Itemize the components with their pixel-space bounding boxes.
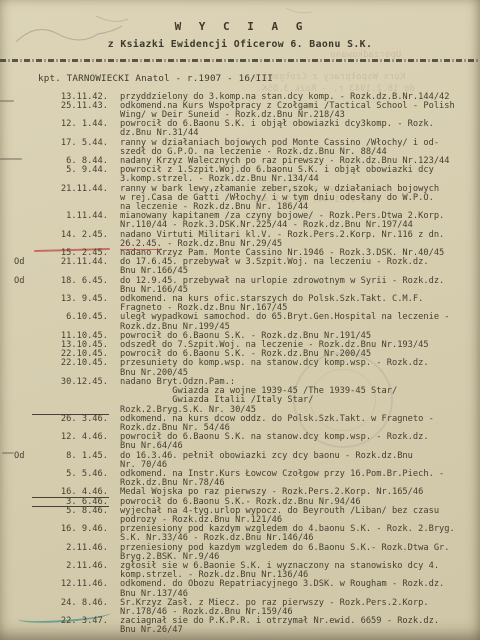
record-prefix bbox=[14, 212, 38, 230]
record-row: 30.12.45. nadano Bryt.Odzn.Pam.: Gwiazda… bbox=[0, 378, 480, 415]
record-date: 16. 9.46. bbox=[38, 525, 108, 543]
record-lines: zaciagnał sie do P.K.P.R. i otrzymał Nr.… bbox=[120, 617, 480, 635]
record-date: 12. 1.44. bbox=[38, 120, 108, 138]
record-date: 5. 8.46. bbox=[38, 507, 108, 525]
record-date: 22.10.45. bbox=[38, 359, 108, 377]
record-lines: przeniesiony pod kazdym wzgledem do 4.ba… bbox=[120, 525, 480, 543]
record-row: 5. 8.46. wyjechał na 4-tyg.urlop wypocz.… bbox=[0, 507, 480, 525]
record-date: 2.11.46. bbox=[38, 562, 108, 580]
record-row: 12.11.46. odkomend. do Obozu Repatriacyj… bbox=[0, 580, 480, 598]
record-row: 2.11.46. zgłosił sie w 6.Baonie S.K. i w… bbox=[0, 562, 480, 580]
record-prefix bbox=[14, 93, 38, 102]
record-row: 26. 3.46. odkomend. na kurs dcow oddz. d… bbox=[0, 415, 480, 433]
record-row: 16. 9.46. przeniesiony pod kazdym wzgled… bbox=[0, 525, 480, 543]
record-date: 5. 9.44. bbox=[38, 166, 108, 184]
record-row: 2.11.46. przeniesiony pod kazdym wzglede… bbox=[0, 544, 480, 562]
record-lines: wyjechał na 4-tyg.urlop wypocz. do Beyro… bbox=[120, 507, 480, 525]
record-lines: powrocił do 6.Baonu S.K. i objął obowiaz… bbox=[120, 120, 480, 138]
record-lines: powrocił do 6.Baonu S.K. na stanow.dcy k… bbox=[120, 433, 480, 451]
record-prefix: Od bbox=[14, 258, 38, 276]
record-row: 21.11.44. ranny w bark lewy,złamanie zeb… bbox=[0, 185, 480, 213]
record-prefix bbox=[14, 562, 38, 580]
record-prefix bbox=[14, 157, 38, 166]
record-lines: mianowany kapitanem /za czyny bojowe/ - … bbox=[120, 212, 480, 230]
record-prefix bbox=[14, 415, 38, 433]
record-prefix bbox=[14, 295, 38, 313]
document: W Y C I A G z Ksiazki Ewidencji Oficerow… bbox=[0, 0, 480, 640]
record-lines: do 17.6.45. przebywał w 3.Szpit.Woj. na … bbox=[120, 258, 480, 276]
record-prefix bbox=[14, 102, 38, 120]
record-row: 12. 4.46. powrocił do 6.Baonu S.K. na st… bbox=[0, 433, 480, 451]
record-lines: powrocił z 1.Szpit.Woj.do 6.baonu S.K. i… bbox=[120, 166, 480, 184]
record-row: 22. 3.47. zaciagnał sie do P.K.P.R. i ot… bbox=[0, 617, 480, 635]
dashed-separator bbox=[0, 59, 480, 62]
record-lines: odkomend.na Kurs Wspołpracy z Czołgami /… bbox=[120, 102, 480, 120]
record-row: 1.11.44. mianowany kapitanem /za czyny b… bbox=[0, 212, 480, 230]
record-prefix bbox=[14, 359, 38, 377]
record-prefix bbox=[14, 525, 38, 543]
record-date: 26. 3.46. bbox=[38, 415, 108, 433]
record-lines: nadano Bryt.Odzn.Pam.: Gwiazda za wojne … bbox=[120, 378, 480, 415]
record-date: 25.11.43. bbox=[38, 102, 108, 120]
record-prefix bbox=[14, 350, 38, 359]
record-prefix: Od bbox=[14, 277, 38, 295]
record-prefix bbox=[14, 341, 38, 350]
record-prefix bbox=[14, 139, 38, 157]
record-date: 24. 8.46. bbox=[38, 599, 108, 617]
record-prefix bbox=[14, 470, 38, 488]
record-row: 14. 2.45. nadano Virtuti Militari kl.V. … bbox=[0, 231, 480, 249]
record-row: 22.10.45. przesuniety do komp.wsp. na st… bbox=[0, 359, 480, 377]
record-lines: do 12.9.45. przebywał na urlopie zdrowot… bbox=[120, 277, 480, 295]
record-prefix bbox=[14, 166, 38, 184]
record-lines: uległ wypadkowi samochod. do 65.Bryt.Gen… bbox=[120, 313, 480, 331]
record-date: 30.12.45. bbox=[38, 378, 108, 415]
document-subtitle: z Ksiazki Ewidencji Oficerow 6. Baonu S.… bbox=[0, 39, 480, 50]
record-lines: ranny w bark lewy,złamanie zeber,szok, w… bbox=[120, 185, 480, 213]
record-date: 6.10.45. bbox=[38, 313, 108, 331]
record-lines: odkomend. na kurs ofic.starszych do Pols… bbox=[120, 295, 480, 313]
record-date: 12. 4.46. bbox=[38, 433, 108, 451]
record-prefix bbox=[14, 120, 38, 138]
record-prefix bbox=[14, 580, 38, 598]
record-line: do 16.3.46. pełnił obowiazki zcy dcy bao… bbox=[120, 452, 480, 461]
record-row: Od 18. 6.45. do 12.9.45. przebywał na ur… bbox=[0, 277, 480, 295]
record-date: 8. 1.45. bbox=[38, 452, 108, 470]
record-row: Od 8. 1.45. do 16.3.46. pełnił obowiazki… bbox=[0, 452, 480, 470]
record-prefix bbox=[14, 332, 38, 341]
record-prefix: Od bbox=[14, 452, 38, 470]
document-title: W Y C I A G bbox=[0, 20, 480, 33]
record-date: 22. 3.47. bbox=[38, 617, 108, 635]
record-lines: przesuniety do komp.wsp. na stanow.dcy k… bbox=[120, 359, 480, 377]
record-lines: do 16.3.46. pełnił obowiazki zcy dcy bao… bbox=[120, 452, 480, 470]
record-lines: odkomend. na kurs dcow oddz. do Polsk.Sz… bbox=[120, 415, 480, 433]
record-date: 2.11.46. bbox=[38, 544, 108, 562]
record-lines: Sr.Krzyz Zasł. z Miecz. po raz pierwszy … bbox=[120, 599, 480, 617]
record-row: Od 21.11.44. do 17.6.45. przebywał w 3.S… bbox=[0, 258, 480, 276]
record-row: 12. 1.44. powrocił do 6.Baonu S.K. i obj… bbox=[0, 120, 480, 138]
record-date: 13. 9.45. bbox=[38, 295, 108, 313]
record-lines: przeniesiony pod kazdym wzgledem do 6.Ba… bbox=[120, 544, 480, 562]
record-date: 14. 2.45. bbox=[38, 231, 108, 249]
record-row: 5. 9.44. powrocił z 1.Szpit.Woj.do 6.bao… bbox=[0, 166, 480, 184]
record-date: 21.11.44. bbox=[38, 258, 108, 276]
record-prefix bbox=[14, 507, 38, 525]
records-list: 13.11.42. przyddzielony do 3.komp.na sta… bbox=[0, 93, 480, 636]
record-date: 1.11.44. bbox=[38, 212, 108, 230]
record-date: 5. 5.46. bbox=[38, 470, 108, 488]
record-row: 6.10.45. uległ wypadkowi samochod. do 65… bbox=[0, 313, 480, 331]
record-row: 17. 5.44. ranny w działaniach bojowych p… bbox=[0, 139, 480, 157]
record-row: 5. 5.46. odkomend. na Instr.Kurs Łowcow … bbox=[0, 470, 480, 488]
record-date: 21.11.44. bbox=[38, 185, 108, 213]
record-date: 12.11.46. bbox=[38, 580, 108, 598]
record-prefix bbox=[14, 433, 38, 451]
record-lines: nadano Virtuti Militari kl.V. - Rozk.Per… bbox=[120, 231, 480, 249]
record-lines: odkomend. na Instr.Kurs Łowcow Czołgow p… bbox=[120, 470, 480, 488]
record-row: 25.11.43. odkomend.na Kurs Wspołpracy z … bbox=[0, 102, 480, 120]
record-line: Bnu Nr.26/47 bbox=[120, 626, 480, 635]
record-prefix bbox=[14, 185, 38, 213]
record-prefix bbox=[14, 231, 38, 249]
record-prefix bbox=[14, 313, 38, 331]
record-prefix bbox=[14, 378, 38, 415]
record-prefix bbox=[14, 544, 38, 562]
record-lines: zgłosił sie w 6.Baonie S.K. i wyznaczony… bbox=[120, 562, 480, 580]
record-row: 13. 9.45. odkomend. na kurs ofic.starszy… bbox=[0, 295, 480, 313]
record-date: 17. 5.44. bbox=[38, 139, 108, 157]
record-lines: ranny w działaniach bojowych pod Monte C… bbox=[120, 139, 480, 157]
record-date: 18. 6.45. bbox=[38, 277, 108, 295]
record-lines: odkomend. do Obozu Repatriacyjnego 3.DSK… bbox=[120, 580, 480, 598]
record-row: 24. 8.46. Sr.Krzyz Zasł. z Miecz. po raz… bbox=[0, 599, 480, 617]
officer-header: kpt. TARNOWIECKI Anatol - r.1907 - 16/II… bbox=[38, 73, 480, 84]
